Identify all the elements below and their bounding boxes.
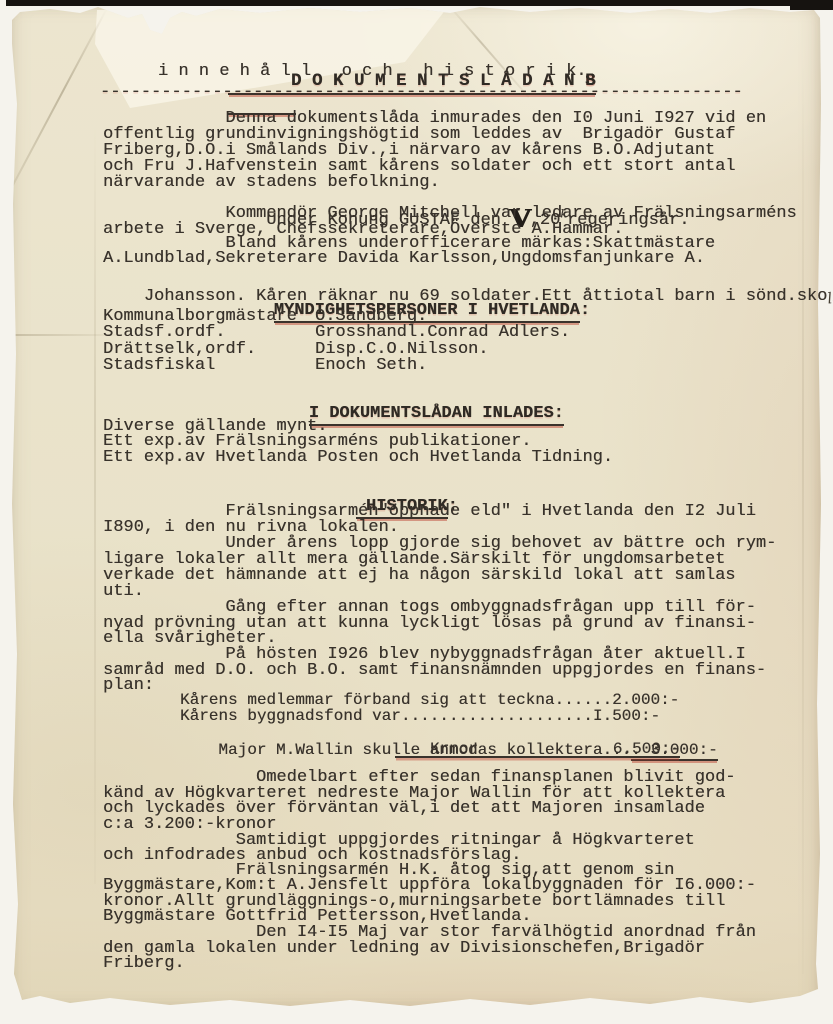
history-paragraph-4: Omedelbart efter sedan finansplanen bliv… — [103, 770, 736, 832]
scan-edge-artifact-topright — [790, 0, 833, 10]
paragraph-officers: Bland kårens underofficerare märkas:Skat… — [103, 236, 715, 266]
handwritten-note: lan, — [827, 286, 833, 307]
history-paragraph-2: Gång efter annan togs ombyggnadsfrågan u… — [103, 600, 756, 647]
history-paragraph-5: Samtidigt uppgjordes ritningar å Högkvar… — [103, 833, 695, 863]
finance-total-label: Krnor — [430, 740, 478, 758]
contents-list: Diverse gällande mynt. Ett exp.av Frälsn… — [103, 419, 613, 465]
history-paragraph-6: Frälsningsarmén H.K. åtog sig,att genom … — [103, 863, 756, 924]
scan-edge-artifact-top — [6, 0, 826, 6]
history-paragraph-7: Den I4-I5 Maj var stor farvälhögtid anor… — [103, 925, 756, 972]
officials-names-column: O.Sandberg. Grosshandl.Conrad Adlers. Di… — [315, 309, 570, 375]
paragraph-leadership: Kommendör George Mitchell var ledare av … — [103, 206, 797, 237]
document-subtitle: i n n e h å l l o c h h i s t o r i k. — [158, 62, 586, 81]
heading-officials-colon: : — [580, 301, 590, 320]
paper-crease-right-vertical — [802, 64, 804, 974]
history-paragraph-3: På hösten I926 blev nybyggnadsfrågan åte… — [103, 647, 766, 694]
finance-total-row: Krnor 6.500:- — [395, 740, 680, 758]
history-paragraph-1: Frälsningsarmén"öppnade eld" i Hvetlanda… — [103, 504, 776, 600]
finance-total-amount: 6.500:- — [613, 740, 680, 758]
scanned-document-page: D O K U M E N T S L Å D A N BS i n n e h… — [0, 0, 833, 1024]
paper-crease-bottomleft — [0, 952, 19, 1015]
officials-roles-column: Kommunalborgmästare Stadsf.ordf. Drättse… — [103, 309, 297, 375]
paper-crease-left-vertical — [94, 124, 96, 884]
paper-crease-topleft — [0, 8, 108, 214]
paragraph-intro: Denna dokumentslåda inmurades den I0 Jun… — [103, 111, 766, 191]
divider-dashed-line: ----------------------------------------… — [100, 83, 743, 102]
